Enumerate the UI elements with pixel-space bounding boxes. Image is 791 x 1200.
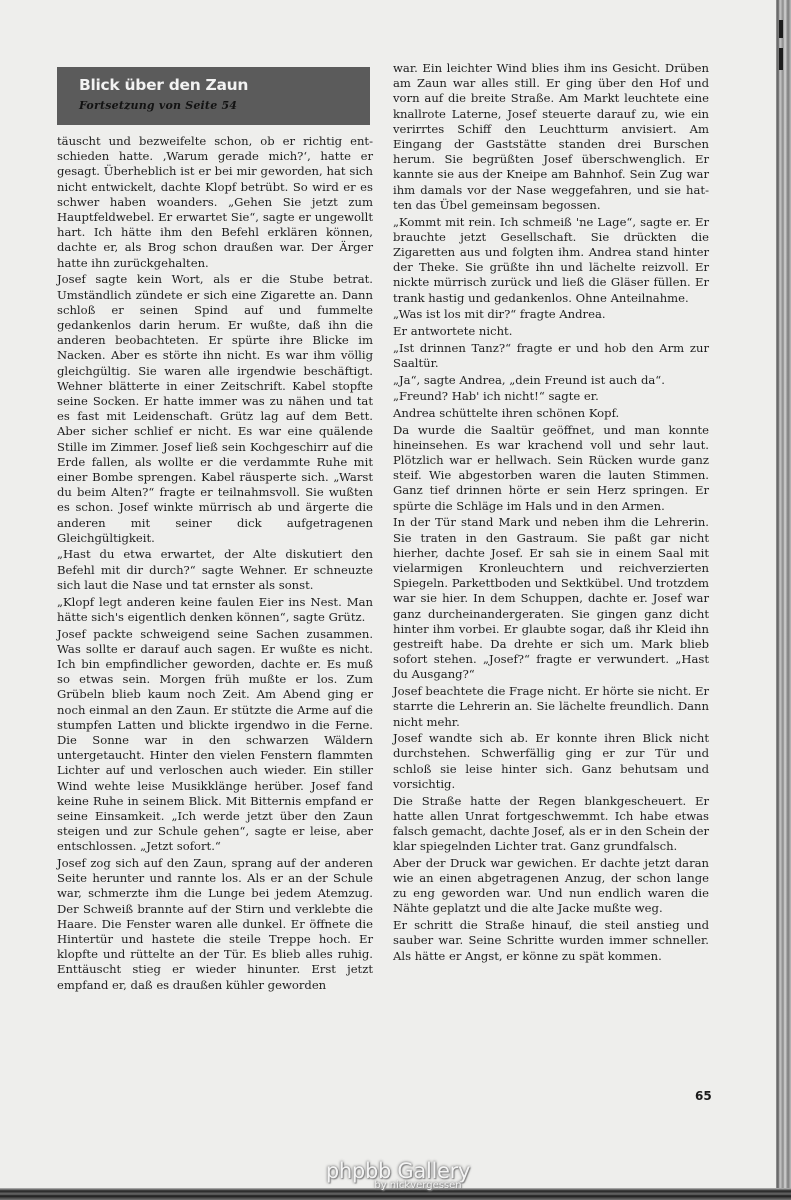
- spine-mark: [779, 20, 783, 38]
- paragraph: Josef wandte sich ab. Er konnte ihren Bl…: [393, 731, 709, 792]
- paragraph: Josef sagte kein Wort, als er die Stube …: [57, 272, 373, 546]
- paragraph: Andrea schüttelte ihren schönen Kopf.: [393, 406, 709, 421]
- article-header-box: Blick über den Zaun Fortsetzung von Seit…: [57, 67, 370, 125]
- left-text-column: täuscht und bezweifelte schon, ob er ric…: [57, 134, 373, 994]
- page-number: 65: [695, 1089, 712, 1103]
- magazine-page: Blick über den Zaun Fortsetzung von Seit…: [0, 0, 776, 1200]
- paragraph: Er schritt die Straße hinauf, die steil …: [393, 918, 709, 964]
- paragraph: Aber der Druck war gewichen. Er dachte j…: [393, 856, 709, 917]
- paragraph: Er antwortete nicht.: [393, 324, 709, 339]
- article-title: Blick über den Zaun: [79, 75, 370, 95]
- paragraph: „Ist drinnen Tanz?“ fragte er und hob de…: [393, 341, 709, 371]
- paragraph: „Ja“, sagte Andrea, „dein Freund ist auc…: [393, 373, 709, 388]
- gallery-watermark: phpbb Gallery by nickvergessen: [308, 1160, 488, 1191]
- article-continuation-note: Fortsetzung von Seite 54: [79, 98, 370, 114]
- paragraph: Josef zog sich auf den Zaun, sprang auf …: [57, 856, 373, 993]
- paragraph: Josef packte schweigend seine Sachen zus…: [57, 627, 373, 855]
- paragraph: „Freund? Hab' ich nicht!“ sagte er.: [393, 389, 709, 404]
- paragraph: In der Tür stand Mark und neben ihm die …: [393, 515, 709, 682]
- paragraph: „Klopf legt anderen keine faulen Eier in…: [57, 595, 373, 625]
- right-text-column: war. Ein leichter Wind blies ihm ins Ges…: [393, 61, 709, 965]
- watermark-title: phpbb Gallery: [308, 1160, 488, 1182]
- paragraph: „Hast du etwa erwartet, der Alte diskuti…: [57, 547, 373, 593]
- paragraph: Die Straße hatte der Regen blankgescheue…: [393, 794, 709, 855]
- paragraph: Josef beachtete die Frage nicht. Er hört…: [393, 684, 709, 730]
- paragraph: war. Ein leichter Wind blies ihm ins Ges…: [393, 61, 709, 213]
- paragraph: täuscht und bezweifelte schon, ob er ric…: [57, 134, 373, 271]
- book-spine-edge: [776, 0, 791, 1200]
- paragraph: „Was ist los mit dir?“ fragte Andrea.: [393, 307, 709, 322]
- spine-mark: [779, 48, 783, 70]
- paragraph: „Kommt mit rein. Ich schmeiß 'ne Lage“, …: [393, 215, 709, 306]
- paragraph: Da wurde die Saaltür geöffnet, und man k…: [393, 423, 709, 514]
